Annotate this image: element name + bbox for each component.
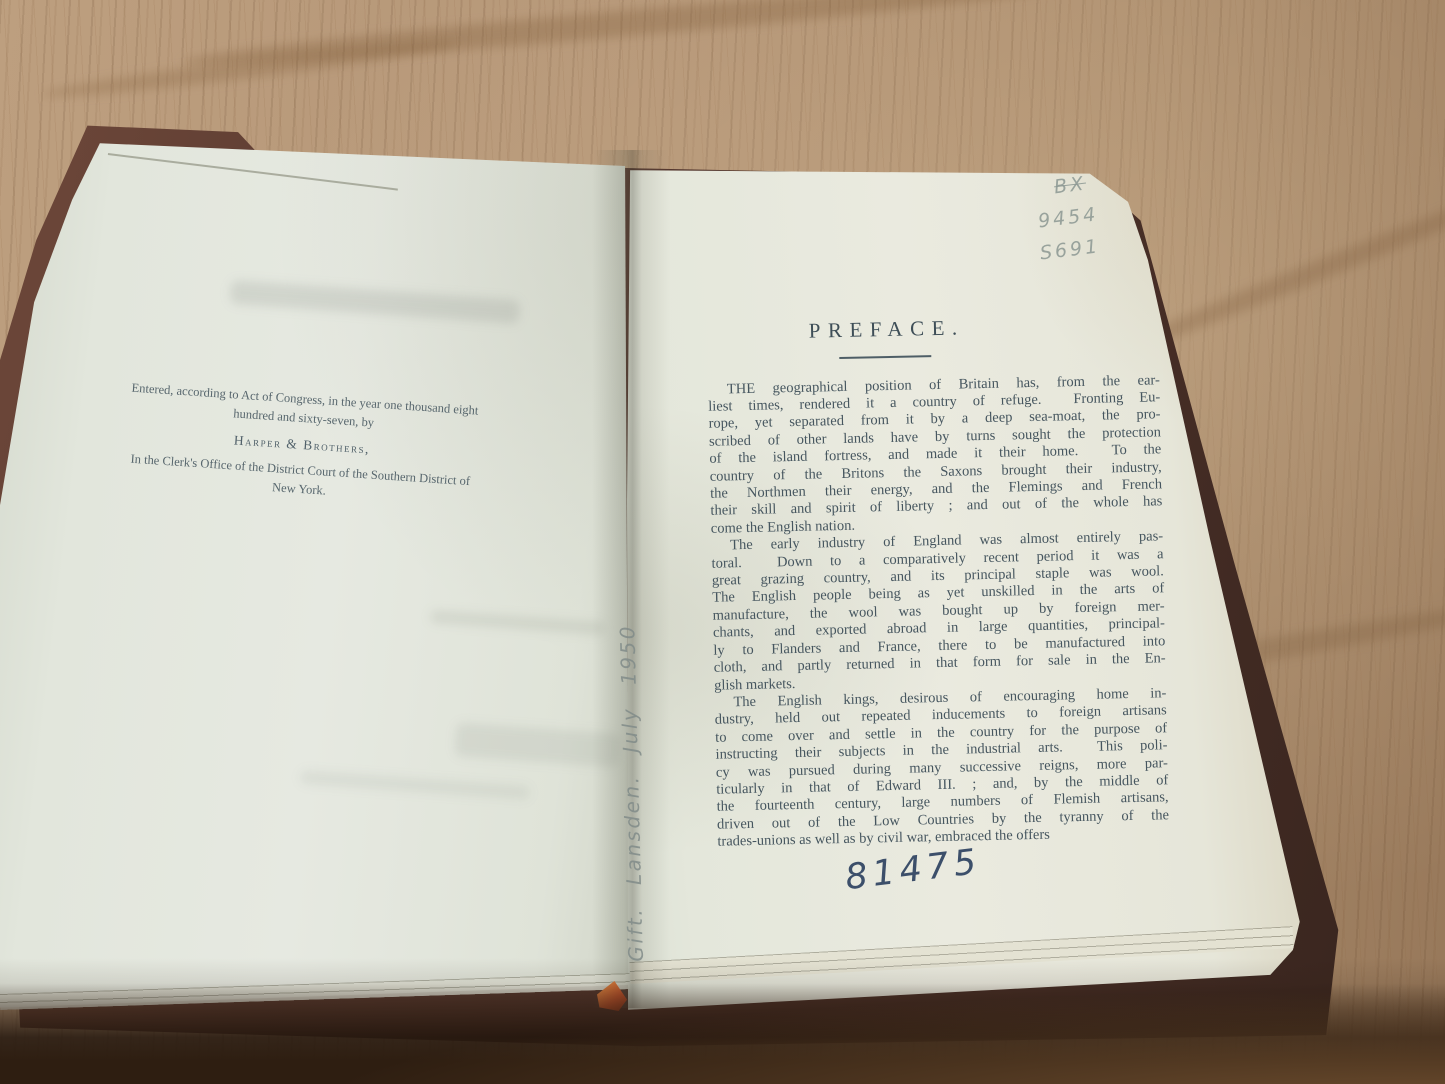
title-rule — [839, 355, 931, 359]
book-shadow — [0, 958, 1445, 1084]
preface-paragraph: The early industry of England was almost… — [711, 529, 1166, 695]
showthrough-smudge — [230, 280, 521, 324]
left-page: Entered, according to Act of Congress, i… — [0, 138, 632, 1012]
preface-paragraph: THE geographical position of Britain has… — [708, 372, 1163, 538]
call-number-handwriting: BX 9454 S691 — [1030, 167, 1104, 270]
photo-scene: Entered, according to Act of Congress, i… — [0, 0, 1445, 1084]
preface-title: PREFACE. — [661, 312, 1113, 346]
preface-text-block: PREFACE. THE geographical position of Br… — [706, 311, 1169, 851]
preface-paragraph: The English kings, desirous of encouragi… — [714, 685, 1169, 851]
showthrough-smudge — [300, 770, 530, 800]
copyright-notice: Entered, according to Act of Congress, i… — [55, 374, 549, 515]
call-number-line-1: BX — [1052, 167, 1096, 204]
showthrough-smudge — [430, 610, 605, 635]
